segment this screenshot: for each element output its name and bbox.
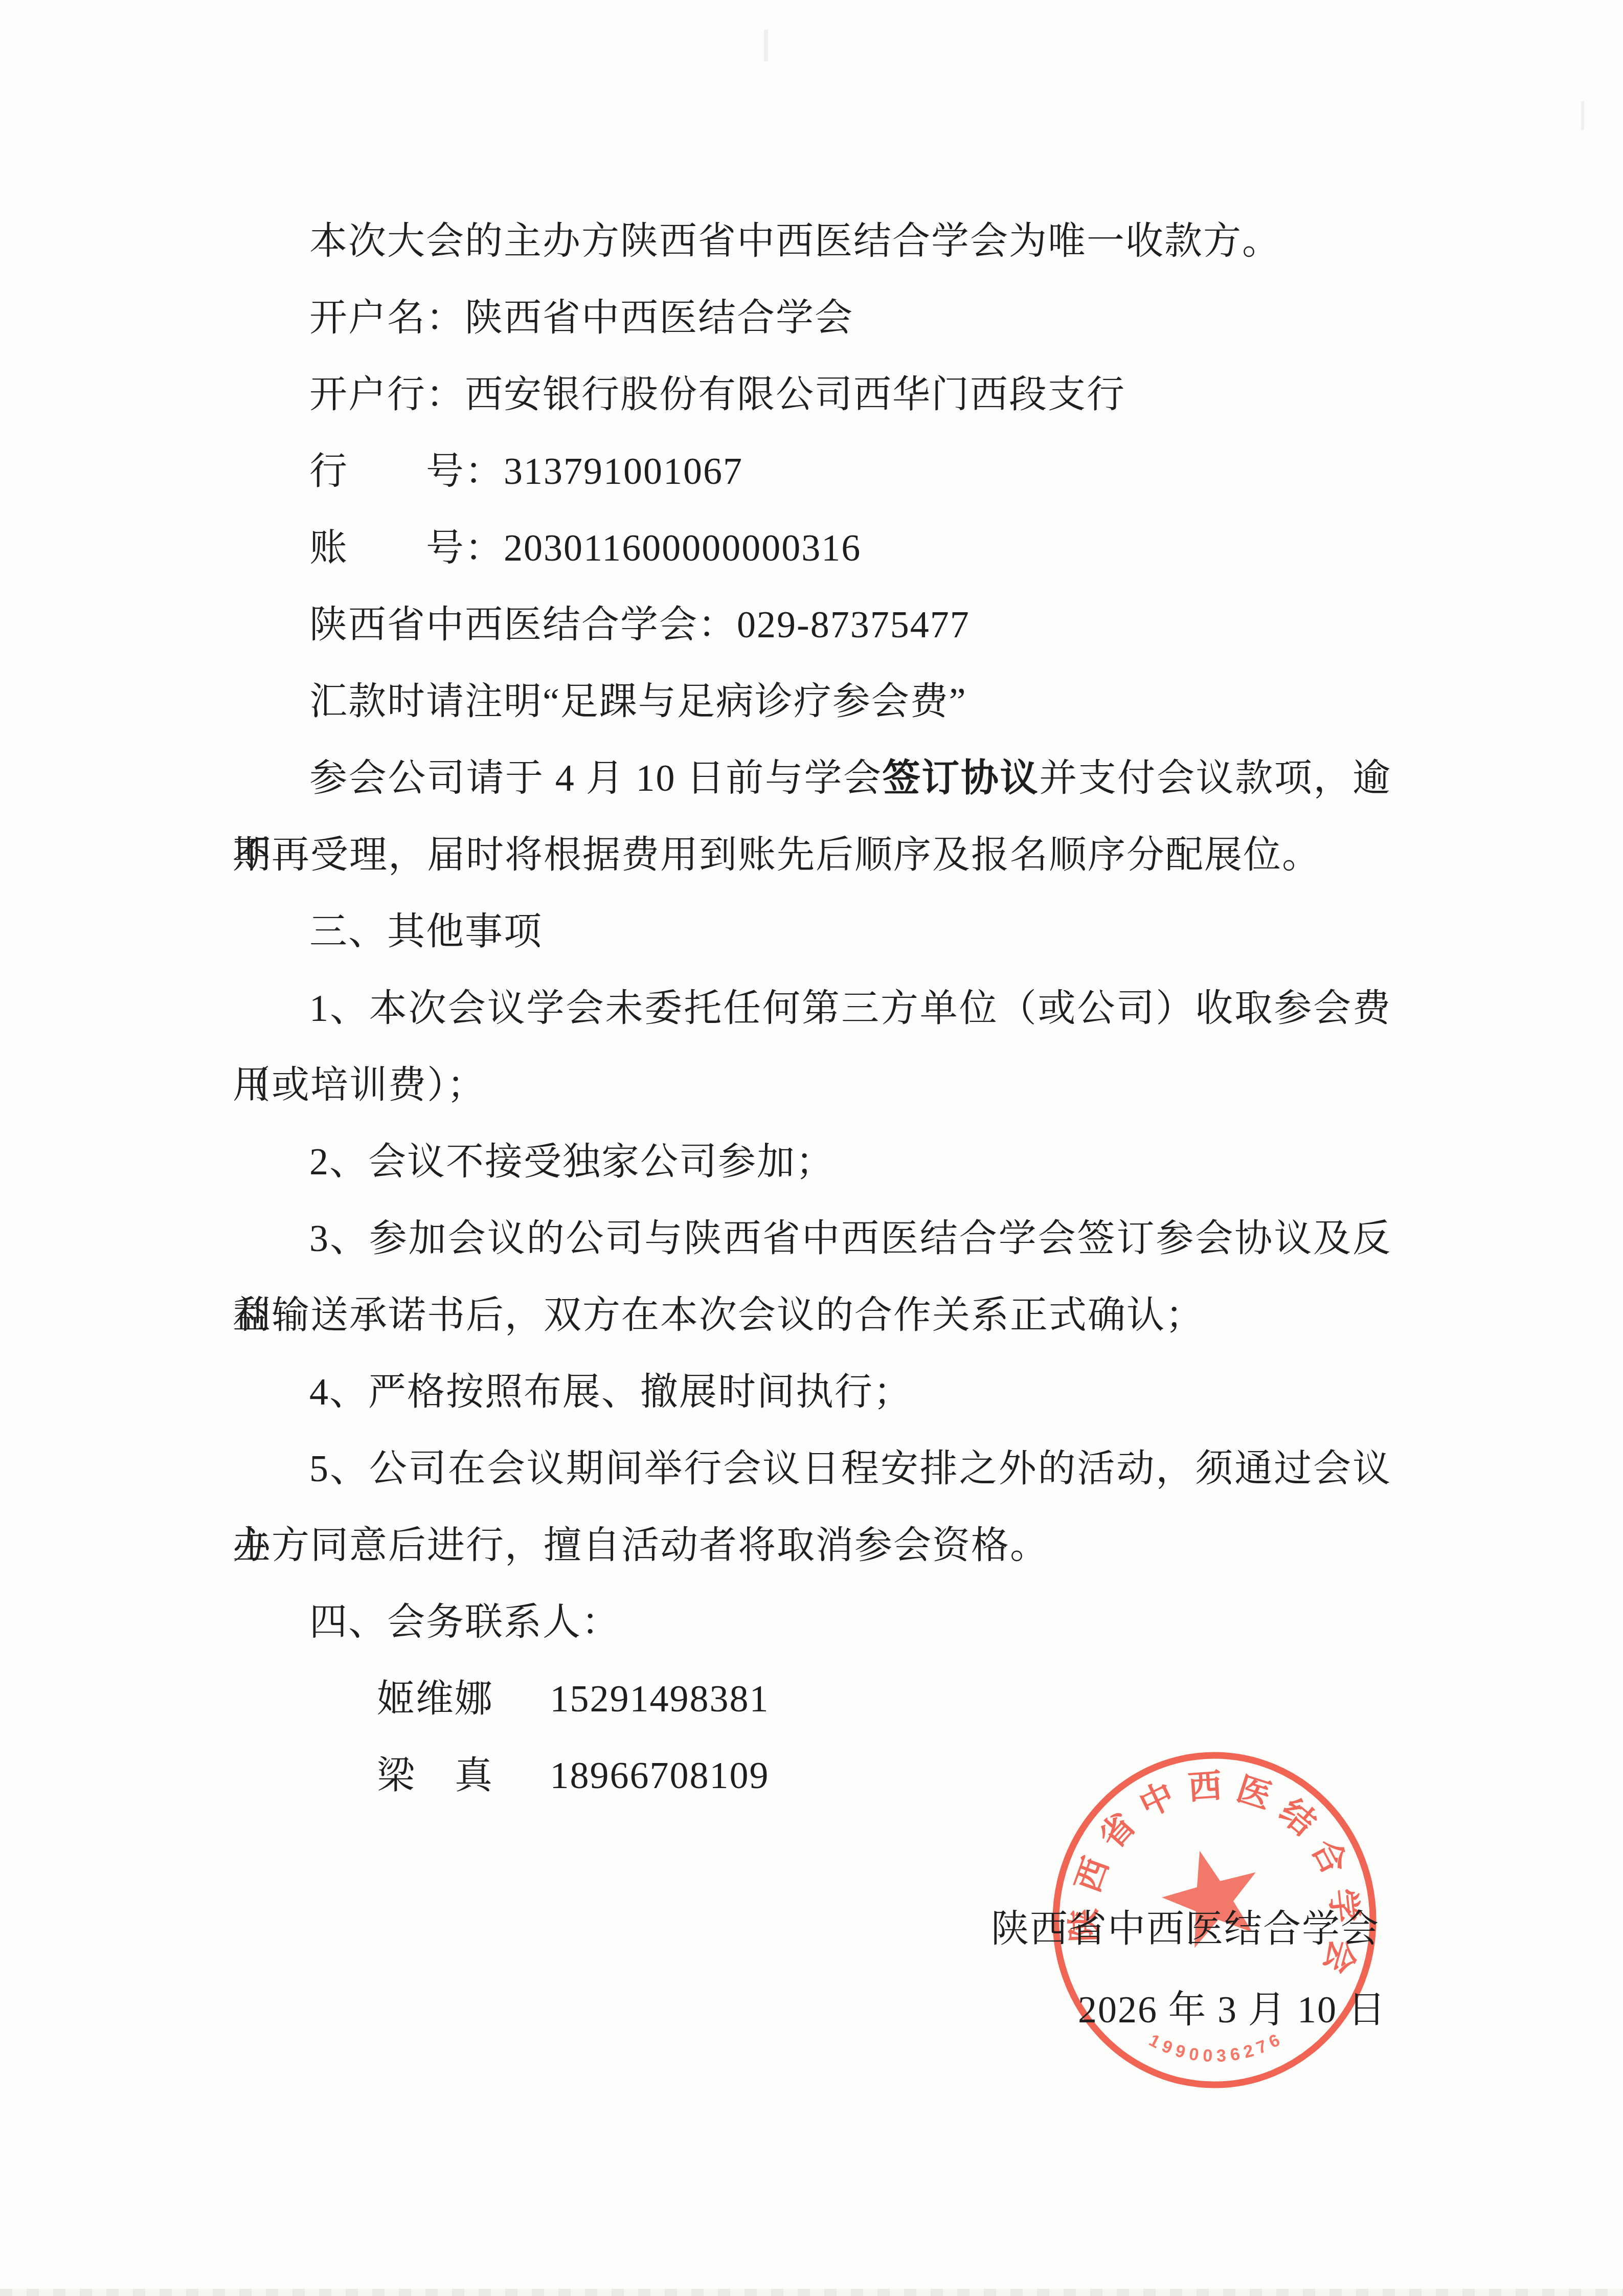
- scan-speck: [1581, 101, 1584, 130]
- contact-row-1: 姬维娜 15291498381: [233, 1661, 1391, 1737]
- seal-char: 西: [1187, 1766, 1223, 1806]
- contact-phone: 18966708109: [550, 1737, 770, 1814]
- seal-code-digit: 3: [1216, 2046, 1227, 2066]
- line-bank-number: 行 号：313791001067: [233, 433, 1391, 510]
- line-deadline-1: 参会公司请于 4 月 10 日前与学会签订协议并支付会议款项，逾期: [233, 740, 1391, 817]
- seal-char: 中: [1134, 1775, 1181, 1824]
- document-page: 本次大会的主办方陕西省中西医结合学会为唯一收款方。 开户名：陕西省中西医结合学会…: [0, 0, 1623, 2296]
- line-item2: 2、会议不接受独家公司参加；: [233, 1124, 1391, 1200]
- line-deadline-2: 不再受理，届时将根据费用到账先后顺序及报名顺序分配展位。: [233, 817, 1391, 894]
- line-item3-b: 益输送承诺书后，双方在本次会议的合作关系正式确认；: [233, 1277, 1391, 1354]
- seal-char: 西: [1068, 1853, 1115, 1897]
- seal-char: 合: [1305, 1833, 1354, 1881]
- line-remit-note: 汇款时请注明“足踝与足病诊疗参会费”: [233, 663, 1391, 740]
- scan-speck: [764, 30, 768, 61]
- line-account-name: 开户名：陕西省中西医结合学会: [233, 280, 1391, 356]
- seal-char: 结: [1273, 1792, 1323, 1842]
- contact-phone: 15291498381: [550, 1661, 770, 1737]
- line-item1-b: （或培训费）；: [233, 1047, 1391, 1124]
- signature-date: 2026 年 3 月 10 日: [1078, 1972, 1387, 2048]
- heading-other-items: 三、其他事项: [233, 894, 1391, 970]
- line-phone-number: 陕西省中西医结合学会：029-87375477: [233, 587, 1391, 663]
- line-account-number: 账 号：203011600000000316: [233, 510, 1391, 587]
- scan-edge-artifact: [0, 2289, 1623, 2296]
- line-item4: 4、严格按照布展、撤展时间执行；: [233, 1354, 1391, 1431]
- contact-name: 梁 真: [377, 1737, 493, 1814]
- heading-contacts: 四、会务联系人：: [233, 1584, 1391, 1661]
- contact-name: 姬维娜: [377, 1661, 493, 1737]
- line-item1-a: 1、本次会议学会未委托任何第三方单位（或公司）收取参会费用: [233, 970, 1391, 1047]
- line-sole-payee: 本次大会的主办方陕西省中西医结合学会为唯一收款方。: [233, 203, 1391, 280]
- signature-org: 陕西省中西医结合学会: [991, 1891, 1380, 1968]
- line-bank-name: 开户行：西安银行股份有限公司西华门西段支行: [233, 356, 1391, 433]
- deadline-text-pre: 参会公司请于 4 月 10 日前与学会: [309, 757, 883, 799]
- line-item5-a: 5、公司在会议期间举行会议日程安排之外的活动，须通过会议主: [233, 1431, 1391, 1507]
- line-item3-a: 3、参加会议的公司与陕西省中西医结合学会签订参会协议及反利: [233, 1200, 1391, 1277]
- deadline-text-bold: 签订协议: [883, 757, 1039, 799]
- scan-speck: [620, 376, 627, 382]
- seal-code-digit: 0: [1202, 2046, 1213, 2066]
- line-item5-b: 办方同意后进行，擅自活动者将取消参会资格。: [233, 1507, 1391, 1584]
- seal-char: 医: [1232, 1769, 1276, 1816]
- seal-char: 省: [1092, 1805, 1142, 1856]
